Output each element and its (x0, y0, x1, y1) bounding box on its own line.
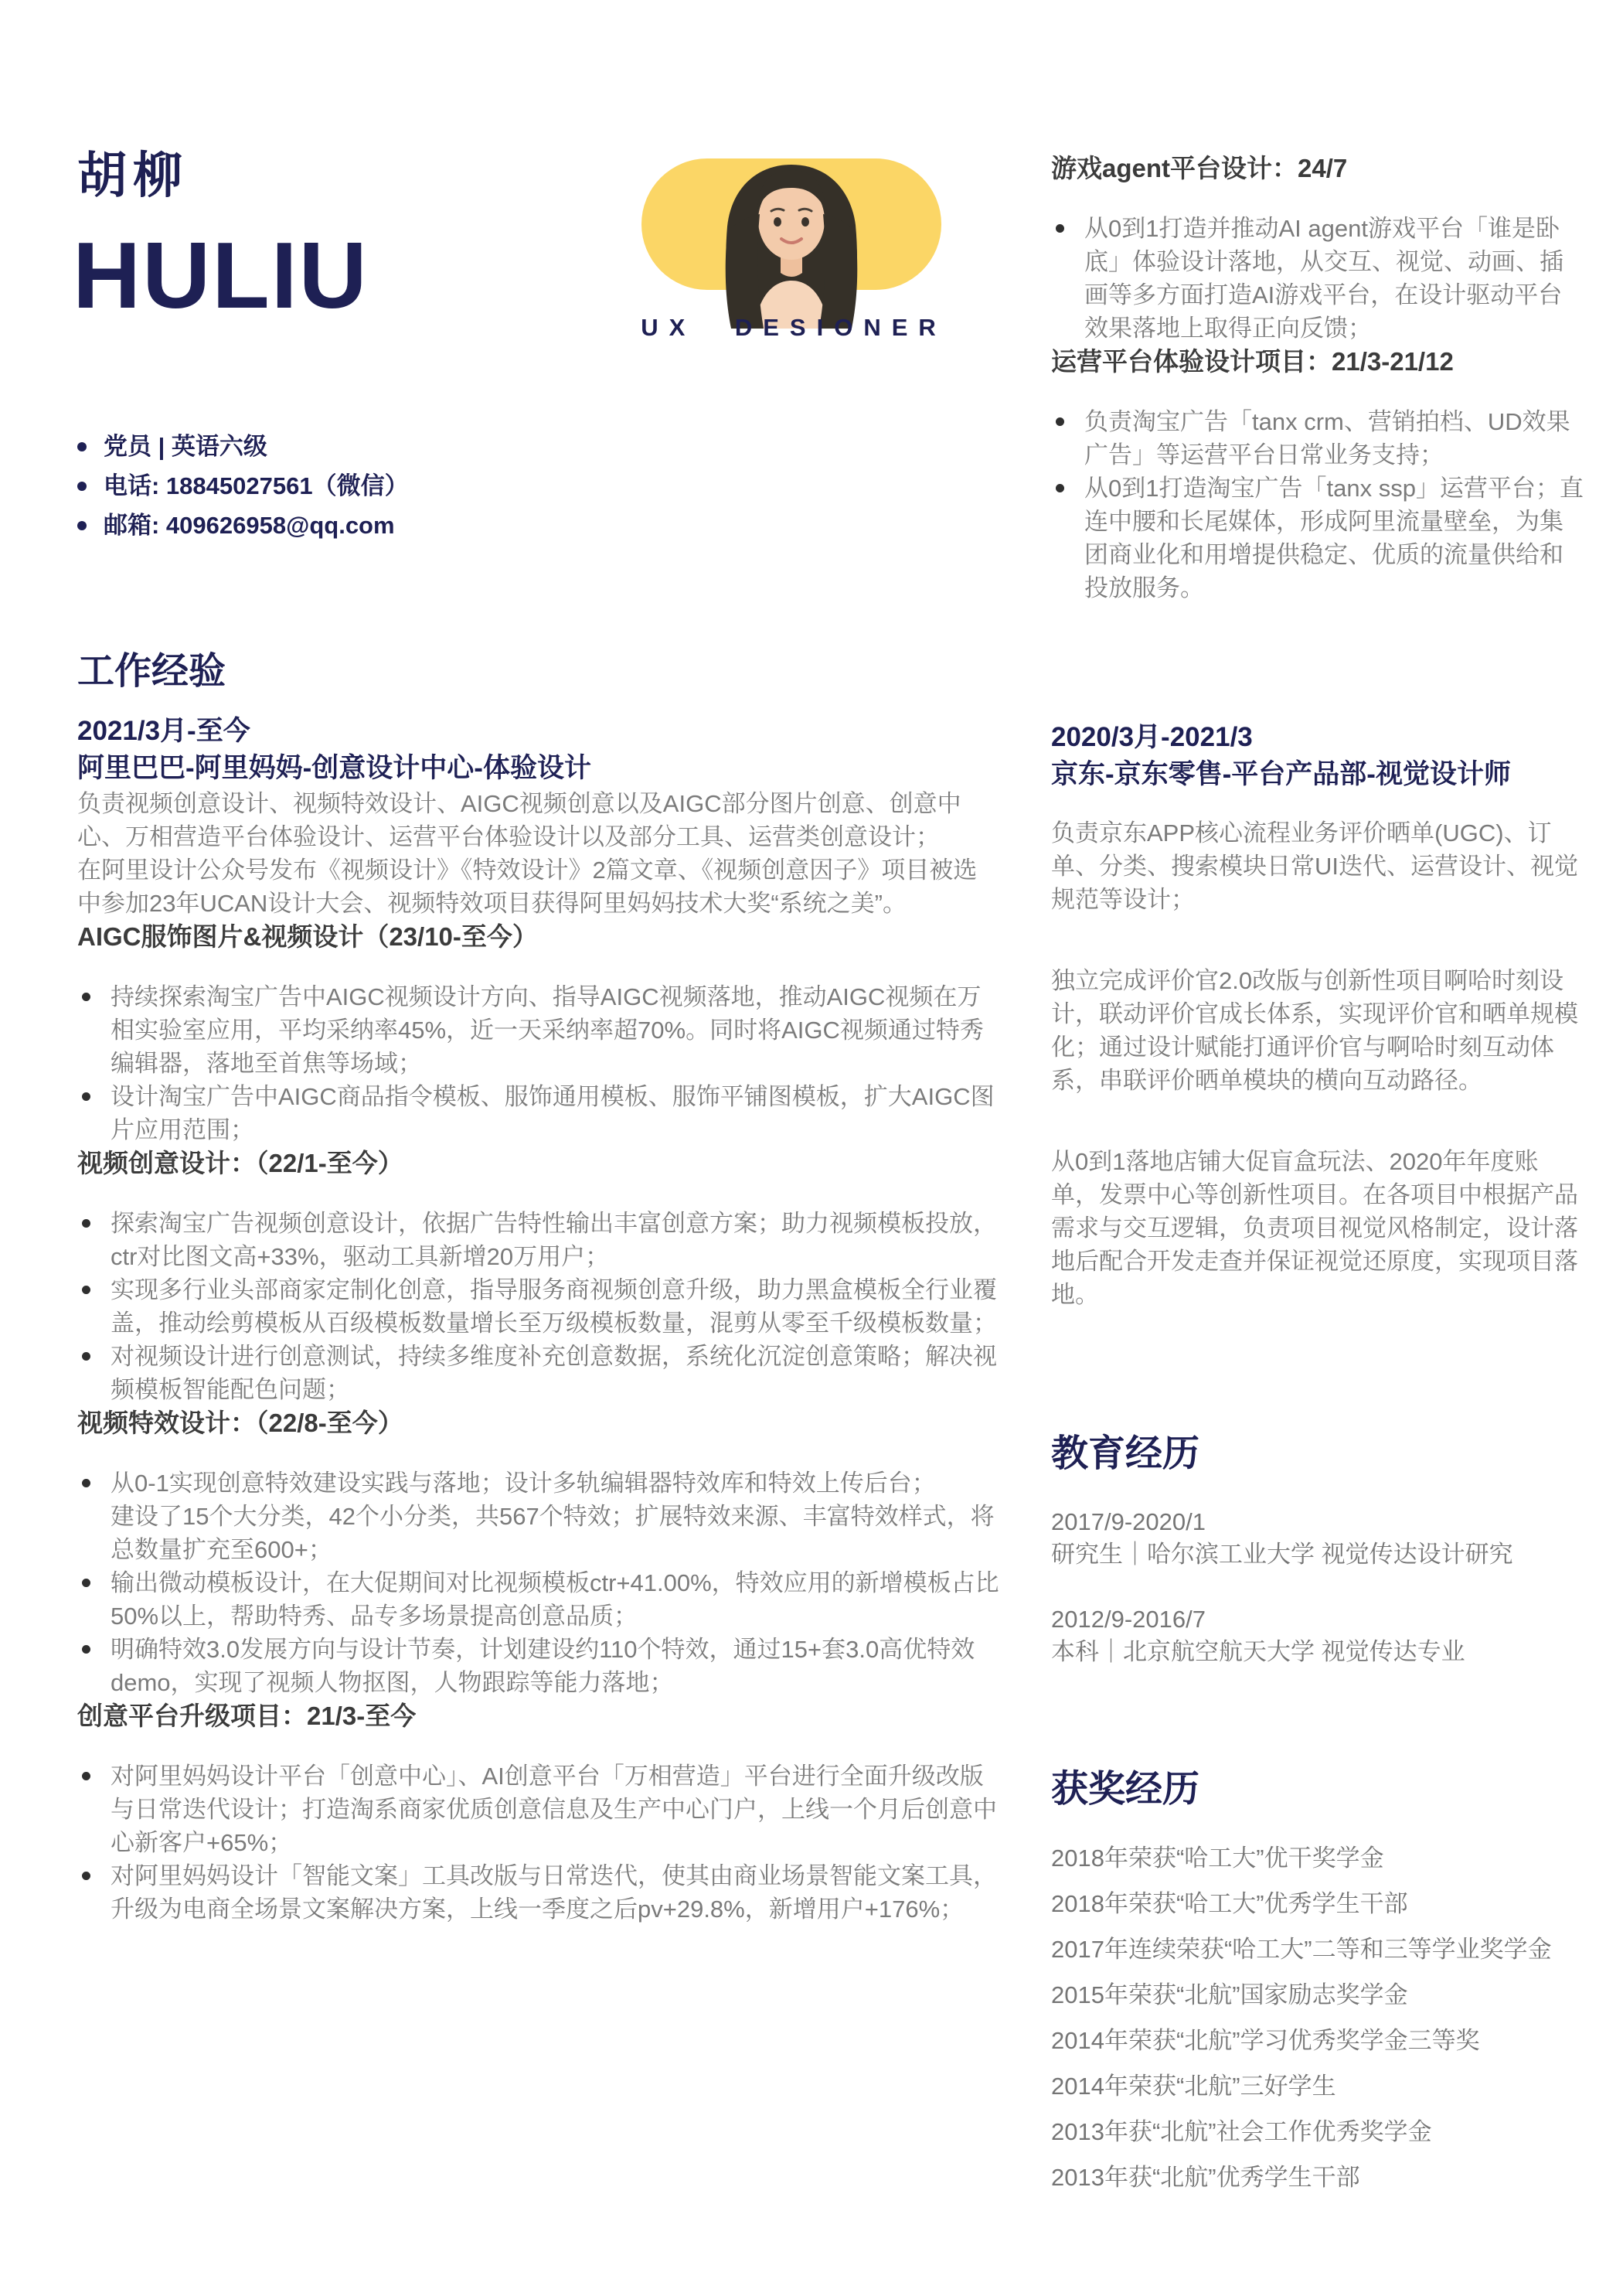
role-title: UX DESIONER (628, 314, 960, 342)
job-paragraph: 独立完成评价官2.0改版与创新性项目啊哈时刻设计，联动评价官成长体系，实现评价官… (1051, 964, 1584, 1097)
contact-text: 邮箱: 409626958@qq.com (104, 512, 395, 540)
job-company: 阿里巴巴-阿里妈妈-创意设计中心-体验设计 (77, 750, 1001, 787)
education-period: 2017/9-2020/1 (1051, 1506, 1584, 1538)
project-section-platform-upgrade: 创意平台升级项目：21/3-至今 对阿里妈妈设计平台「创意中心」、AI创意平台「… (77, 1699, 1001, 1926)
job-period: 2020/3月-2021/3 (1051, 719, 1584, 756)
job-paragraph: 从0到1落地店铺大促盲盒玩法、2020年年度账单，发票中心等创新性项目。在各项目… (1051, 1145, 1584, 1311)
award-item: 2018年荣获“哈工大”优秀学生干部 (1051, 1889, 1584, 1920)
bullet-dot-icon (82, 1645, 90, 1654)
award-item: 2013年获“北航”社会工作优秀奖学金 (1051, 2117, 1584, 2148)
bullet-dot-icon (82, 1579, 90, 1587)
project-section-game-agent: 游戏agent平台设计：24/7 从0到1打造并推动AI agent游戏平台「谁… (1051, 152, 1584, 345)
project-section-aigc: AIGC服饰图片&视频设计（23/10-至今） 持续探索淘宝广告中AIGC视频设… (77, 920, 1001, 1146)
contact-item-membership: 党员 | 英语六级 (77, 433, 409, 461)
education-period: 2012/9-2016/7 (1051, 1603, 1584, 1636)
education-section: 教育经历 2017/9-2020/1 研究生｜哈尔滨工业大学 视觉传达设计研究 … (1051, 1432, 1584, 1668)
award-item: 2017年连续荣获“哈工大”二等和三等学业奖学金 (1051, 1934, 1584, 1965)
bullet-dot-icon (82, 1872, 90, 1880)
bullet-dot-icon (82, 993, 90, 1001)
education-entry: 2012/9-2016/7 本科｜北京航空航天大学 视觉传达专业 (1051, 1603, 1584, 1668)
job-period: 2021/3月-至今 (77, 713, 1001, 750)
bullet-dot-icon (1056, 417, 1064, 426)
section-title-work-experience: 工作经验 (77, 649, 1001, 694)
bullet-dot-icon (1056, 484, 1064, 492)
project-heading: 视频特效设计：（22/8-至今） (77, 1406, 1001, 1440)
bullet-dot-icon (82, 1092, 90, 1101)
bullet-item: 从0到1打造并推动AI agent游戏平台「谁是卧底」体验设计落地，从交互、视觉… (1056, 212, 1584, 345)
name-english: HULIU (73, 221, 369, 329)
award-item: 2018年荣获“哈工大”优干奖学金 (1051, 1843, 1584, 1874)
bullet-item: 实现多行业头部商家定制化创意，指导服务商视频创意升级，助力黑盒模板全行业覆盖，推… (82, 1273, 1001, 1340)
project-bullet-list: 持续探索淘宝广告中AIGC视频设计方向、指导AIGC视频落地，推动AIGC视频在… (82, 980, 1001, 1146)
project-bullet-list: 从0-1实现创意特效建设实践与落地；设计多轨编辑器特效库和特效上传后台； 建设了… (82, 1467, 1001, 1699)
project-bullet-list: 对阿里妈妈设计平台「创意中心」、AI创意平台「万相营造」平台进行全面升级改版与日… (82, 1759, 1001, 1926)
bullet-dot-icon (82, 1772, 90, 1780)
project-heading: AIGC服饰图片&视频设计（23/10-至今） (77, 920, 1001, 954)
contact-text: 电话: 18845027561（微信） (104, 472, 409, 500)
award-item: 2015年荣获“北航”国家励志奖学金 (1051, 1980, 1584, 2011)
bullet-item: 持续探索淘宝广告中AIGC视频设计方向、指导AIGC视频落地，推动AIGC视频在… (82, 980, 1001, 1080)
bullet-item: 对视频设计进行创意测试，持续多维度补充创意数据，系统化沉淀创意策略；解决视频模板… (82, 1340, 1001, 1406)
job-company: 京东-京东零售-平台产品部-视觉设计师 (1051, 756, 1584, 793)
bullet-dot-icon (77, 521, 87, 530)
bullet-item: 从0到1打造淘宝广告「tanx ssp」运营平台；直连中腰和长尾媒体，形成阿里流… (1056, 472, 1584, 605)
awards-section: 获奖经历 2018年荣获“哈工大”优干奖学金 2018年荣获“哈工大”优秀学生干… (1051, 1767, 1584, 2193)
portrait-photo-illustration (641, 158, 941, 329)
section-title-education: 教育经历 (1051, 1432, 1584, 1477)
bullet-item: 对阿里妈妈设计平台「创意中心」、AI创意平台「万相营造」平台进行全面升级改版与日… (82, 1759, 1001, 1859)
job-paragraph: 负责京东APP核心流程业务评价晒单(UGC)、订单、分类、搜索模块日常UI迭代、… (1051, 816, 1584, 916)
left-column: 工作经验 2021/3月-至今 阿里巴巴-阿里妈妈-创意设计中心-体验设计 负责… (77, 649, 1001, 1926)
bullet-item: 明确特效3.0发展方向与设计节奏，计划建设约110个特效，通过15+套3.0高优… (82, 1633, 1001, 1699)
contact-text: 党员 | 英语六级 (104, 433, 267, 461)
job-section-jd: 2020/3月-2021/3 京东-京东零售-平台产品部-视觉设计师 负责京东A… (1051, 719, 1584, 1311)
project-heading: 创意平台升级项目：21/3-至今 (77, 1699, 1001, 1733)
project-section-ops-platform: 运营平台体验设计项目：21/3-21/12 负责淘宝广告「tanx crm、营销… (1051, 345, 1584, 605)
bullet-dot-icon (77, 442, 87, 451)
bullet-item: 探索淘宝广告视频创意设计，依据广告特性输出丰富创意方案；助力视频模板投放，ctr… (82, 1207, 1001, 1273)
project-heading: 游戏agent平台设计：24/7 (1051, 152, 1584, 186)
bullet-item: 输出微动模板设计，在大促期间对比视频模板ctr+41.00%，特效应用的新增模板… (82, 1566, 1001, 1633)
bullet-item: 对阿里妈妈设计「智能文案」工具改版与日常迭代，使其由商业场景智能文案工具，升级为… (82, 1859, 1001, 1926)
bullet-dot-icon (1056, 224, 1064, 233)
job-summary-paragraph: 负责视频创意设计、视频特效设计、AIGC视频创意以及AIGC部分图片创意、创意中… (77, 787, 1001, 853)
profile-photo (641, 158, 941, 329)
contact-item-phone: 电话: 18845027561（微信） (77, 472, 409, 500)
bullet-item: 负责淘宝广告「tanx crm、营销拍档、UD效果广告」等运营平台日常业务支持； (1056, 405, 1584, 472)
project-section-video-effects: 视频特效设计：（22/8-至今） 从0-1实现创意特效建设实践与落地；设计多轨编… (77, 1406, 1001, 1699)
section-title-awards: 获奖经历 (1051, 1767, 1584, 1812)
project-section-video-creative: 视频创意设计：（22/1-至今） 探索淘宝广告视频创意设计，依据广告特性输出丰富… (77, 1146, 1001, 1406)
project-heading: 运营平台体验设计项目：21/3-21/12 (1051, 345, 1584, 379)
project-bullet-list: 探索淘宝广告视频创意设计，依据广告特性输出丰富创意方案；助力视频模板投放，ctr… (82, 1207, 1001, 1406)
right-column: 游戏agent平台设计：24/7 从0到1打造并推动AI agent游戏平台「谁… (1051, 152, 1584, 2208)
resume-page: 胡柳 HULIU UX DESIONER 党员 | 英语六级 电话: 18845… (0, 0, 1623, 2296)
award-item: 2014年荣获“北航”三好学生 (1051, 2071, 1584, 2102)
project-bullet-list: 从0到1打造并推动AI agent游戏平台「谁是卧底」体验设计落地，从交互、视觉… (1056, 212, 1584, 345)
contact-item-email: 邮箱: 409626958@qq.com (77, 512, 409, 540)
education-detail: 本科｜北京航空航天大学 视觉传达专业 (1051, 1636, 1584, 1668)
bullet-dot-icon (82, 1286, 90, 1294)
bullet-dot-icon (82, 1352, 90, 1361)
award-item: 2014年荣获“北航”学习优秀奖学金三等奖 (1051, 2025, 1584, 2056)
education-detail: 研究生｜哈尔滨工业大学 视觉传达设计研究 (1051, 1538, 1584, 1571)
education-entry: 2017/9-2020/1 研究生｜哈尔滨工业大学 视觉传达设计研究 (1051, 1506, 1584, 1571)
award-list: 2018年荣获“哈工大”优干奖学金 2018年荣获“哈工大”优秀学生干部 201… (1051, 1843, 1584, 2193)
contact-list: 党员 | 英语六级 电话: 18845027561（微信） 邮箱: 409626… (77, 433, 409, 551)
job-summary-paragraph: 在阿里设计公众号发布《视频设计》《特效设计》2篇文章、《视频创意因子》项目被选中… (77, 853, 1001, 920)
bullet-dot-icon (82, 1479, 90, 1487)
award-item: 2013年获“北航”优秀学生干部 (1051, 2162, 1584, 2193)
bullet-dot-icon (82, 1219, 90, 1228)
project-heading: 视频创意设计：（22/1-至今） (77, 1146, 1001, 1180)
bullet-dot-icon (77, 482, 87, 491)
project-bullet-list: 负责淘宝广告「tanx crm、营销拍档、UD效果广告」等运营平台日常业务支持；… (1056, 405, 1584, 605)
bullet-item: 从0-1实现创意特效建设实践与落地；设计多轨编辑器特效库和特效上传后台； 建设了… (82, 1467, 1001, 1566)
name-chinese: 胡柳 (77, 136, 189, 207)
bullet-item: 设计淘宝广告中AIGC商品指令模板、服饰通用模板、服饰平铺图模板，扩大AIGC图… (82, 1080, 1001, 1146)
